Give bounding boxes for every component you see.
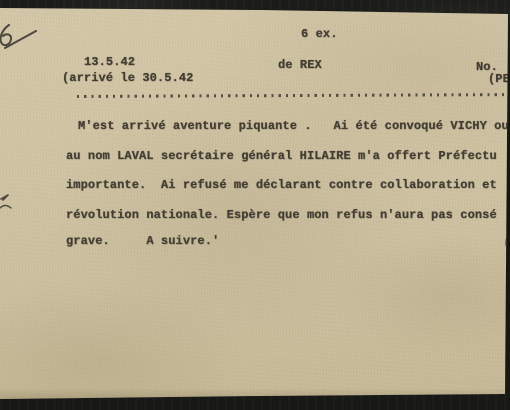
body-line: au nom LAVAL secrétaire général HILAIRE … — [66, 149, 497, 163]
body-line: grave. A suivre.' — [66, 234, 219, 248]
body-line: importante. Ai refusé me déclarant contr… — [66, 178, 497, 192]
scanned-document-page: 6 ex. 13.5.42 de REX No. (arrivé le 30.5… — [0, 0, 510, 410]
right-margin-note: (PER — [488, 72, 510, 86]
dotted-separator — [77, 93, 510, 98]
body-line: révolution nationale. Espère que mon ref… — [66, 208, 497, 222]
body-line: M'est arrivé aventure piquante . Ai été … — [78, 119, 509, 133]
handwritten-number-mark — [0, 22, 42, 56]
sender-label: de REX — [278, 58, 322, 72]
left-margin-scribble — [0, 191, 14, 215]
arrival-note: (arrivé le 30.5.42 — [62, 71, 193, 85]
paper-sheet: 6 ex. 13.5.42 de REX No. (arrivé le 30.5… — [0, 0, 510, 410]
message-date: 13.5.42 — [84, 55, 135, 69]
copies-note: 6 ex. — [301, 27, 338, 41]
